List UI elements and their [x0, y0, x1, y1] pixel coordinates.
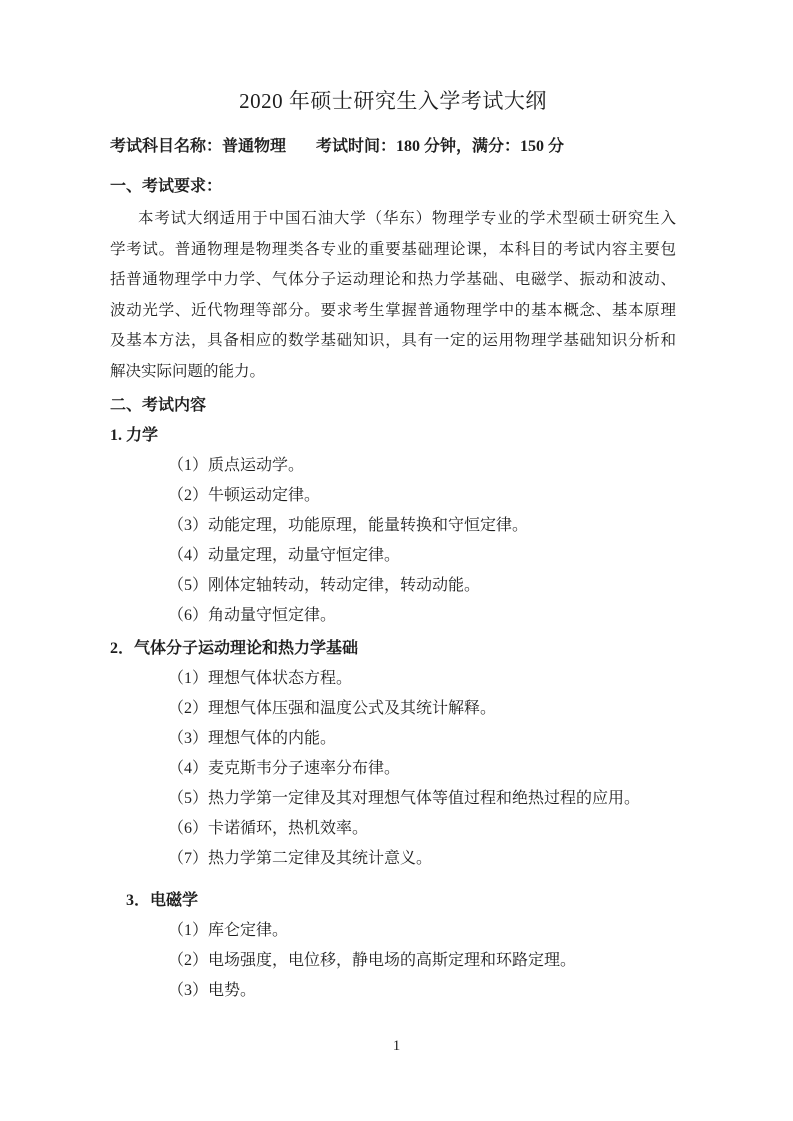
- requirements-paragraph-line: 及基本方法，具备相应的数学基础知识，具有一定的运用物理学基础知识分析和: [110, 326, 676, 357]
- exam-subject-label: 考试科目名称：普通物理: [110, 134, 286, 160]
- subsection-title-electromagnetism: 3．电磁学: [110, 886, 676, 916]
- subsection-title-kinetic-theory-thermodynamics: 2．气体分子运动理论和热力学基础: [110, 634, 676, 664]
- requirements-paragraph-line: 解决实际问题的能力。: [110, 357, 676, 388]
- syllabus-item: （2）牛顿运动定律。: [110, 481, 676, 511]
- exam-meta-row: 考试科目名称：普通物理 考试时间：180 分钟，满分：150 分: [110, 134, 676, 160]
- syllabus-item: （2）电场强度，电位移，静电场的高斯定理和环路定理。: [110, 946, 676, 976]
- page-number: 1: [0, 1036, 793, 1056]
- syllabus-item: （6）卡诺循环，热机效率。: [110, 814, 676, 844]
- syllabus-item: （3）电势。: [110, 976, 676, 1006]
- electromagnetism-item-list: （1）库仑定律。 （2）电场强度，电位移，静电场的高斯定理和环路定理。 （3）电…: [110, 916, 676, 1006]
- syllabus-item: （4）麦克斯韦分子速率分布律。: [110, 754, 676, 784]
- syllabus-item: （2）理想气体压强和温度公式及其统计解释。: [110, 694, 676, 724]
- mechanics-item-list: （1）质点运动学。 （2）牛顿运动定律。 （3）动能定理，功能原理，能量转换和守…: [110, 451, 676, 631]
- exam-time-score-label: 考试时间：180 分钟，满分：150 分: [316, 134, 564, 160]
- document-page: 2020 年硕士研究生入学考试大纲 考试科目名称：普通物理 考试时间：180 分…: [0, 0, 793, 1121]
- syllabus-item: （3）动能定理，功能原理，能量转换和守恒定律。: [110, 511, 676, 541]
- syllabus-item: （5）热力学第一定律及其对理想气体等值过程和绝热过程的应用。: [110, 784, 676, 814]
- section-heading-requirements: 一、考试要求：: [110, 174, 676, 200]
- syllabus-item: （1）库仑定律。: [110, 916, 676, 946]
- requirements-paragraph-line: 波动光学、近代物理等部分。要求考生掌握普通物理学中的基本概念、基本原理: [110, 296, 676, 327]
- thermodynamics-item-list: （1）理想气体状态方程。 （2）理想气体压强和温度公式及其统计解释。 （3）理想…: [110, 664, 676, 874]
- syllabus-item: （1）质点运动学。: [110, 451, 676, 481]
- syllabus-item: （3）理想气体的内能。: [110, 724, 676, 754]
- requirements-paragraph: 本考试大纲适用于中国石油大学（华东）物理学专业的学术型硕士研究生入 学考试。普通…: [110, 204, 676, 387]
- requirements-paragraph-line: 括普通物理学中力学、气体分子运动理论和热力学基础、电磁学、振动和波动、: [110, 265, 676, 296]
- document-content: 2020 年硕士研究生入学考试大纲 考试科目名称：普通物理 考试时间：180 分…: [110, 86, 676, 1006]
- syllabus-item: （7）热力学第二定律及其统计意义。: [110, 844, 676, 874]
- requirements-paragraph-line: 学考试。普通物理是物理类各专业的重要基础理论课，本科目的考试内容主要包: [110, 235, 676, 266]
- requirements-paragraph-line: 本考试大纲适用于中国石油大学（华东）物理学专业的学术型硕士研究生入: [110, 204, 676, 235]
- syllabus-item: （6）角动量守恒定律。: [110, 601, 676, 631]
- syllabus-item: （4）动量定理，动量守恒定律。: [110, 541, 676, 571]
- document-title: 2020 年硕士研究生入学考试大纲: [110, 86, 676, 116]
- subsection-title-mechanics: 1. 力学: [110, 421, 676, 451]
- syllabus-item: （1）理想气体状态方程。: [110, 664, 676, 694]
- syllabus-item: （5）刚体定轴转动，转动定律，转动动能。: [110, 571, 676, 601]
- section-heading-content: 二、考试内容: [110, 391, 676, 421]
